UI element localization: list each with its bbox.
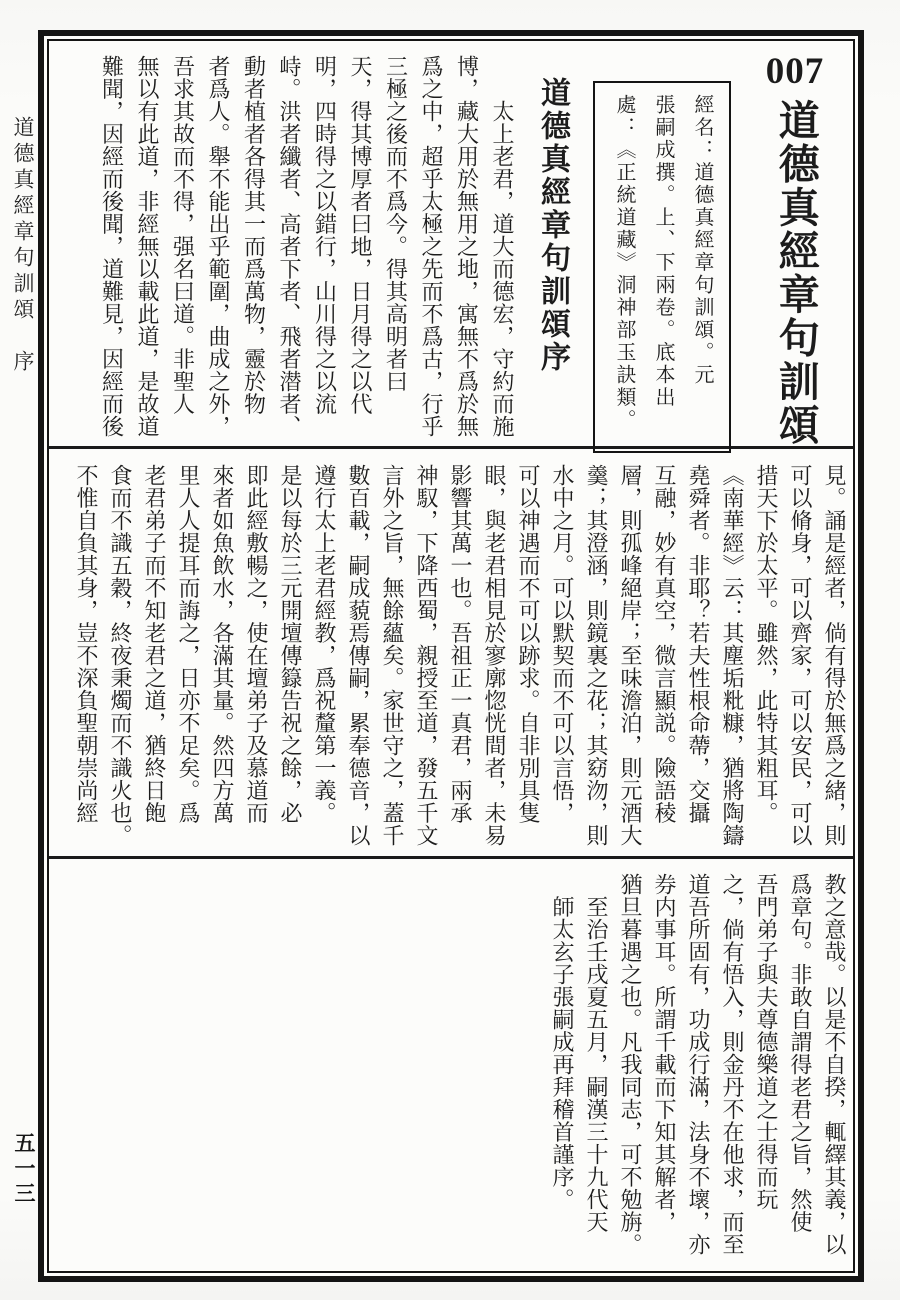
preface-section-2: 見。誦是經者，倘有得於無爲之緒，則可以脩身，可以齊家，可以安民，可以措天下於太平… xyxy=(55,464,851,853)
text-column: 無以有此道，非經無以載此道，是故道 xyxy=(129,55,165,444)
text-column: 老君弟子而不知老君之道，猶終日飽 xyxy=(137,464,171,853)
text-column: 券内事耳。所謂千載而下知其解者， xyxy=(647,873,681,1268)
text-column: 可以神遇而不可以跡求。自非別具隻 xyxy=(511,464,545,853)
colophon-column: 經名：道德真經章句訓頌。元 xyxy=(682,94,721,440)
register-bottom: 教之意哉。以是不自揆，輒繹其義，以爲章句。非敢自謂得老君之旨，然使吾門弟子與夫尊… xyxy=(49,859,853,1271)
text-column: 堯舜者。非耶？若夫性根命蔕，交攝 xyxy=(681,464,715,853)
colophon-box: 經名：道德真經章句訓頌。元張嗣成撰。上、下兩卷。底本出處：《正統道藏》洞神部玉訣… xyxy=(593,81,731,453)
text-column: 遵行太上老君經教，爲祝釐第一義。 xyxy=(307,464,341,853)
text-column: 神馭，下降西蜀，親授至道，發五千文 xyxy=(409,464,443,853)
text-column: 水中之月。可以默契而不可以言悟， xyxy=(545,464,579,853)
text-column: 教之意哉。以是不自揆，輒繹其義，以 xyxy=(817,873,851,1268)
text-column: 來者如魚飲水，各滿其量。然四方萬 xyxy=(205,464,239,853)
text-column: 影響其萬一也。吾祖正一真君，兩承 xyxy=(443,464,477,853)
colophon-column: 處：《正統道藏》洞神部玉訣類。 xyxy=(604,94,643,440)
text-column: 太上老君，道大而德宏，守約而施 xyxy=(484,55,520,444)
text-column: 之，倘有悟入，則金丹不在他求，而至 xyxy=(715,873,749,1268)
text-column: 者爲人。舉不能出乎範圍，曲成之外， xyxy=(200,55,236,444)
text-column: 天，得其博厚者曰地，日月得之以代 xyxy=(342,55,378,444)
text-column: 可以脩身，可以齊家，可以安民，可以 xyxy=(783,464,817,853)
text-column: 三極之後而不爲今。得其高明者曰 xyxy=(377,55,413,444)
text-column: 難聞，因經而後聞，道難見，因經而後 xyxy=(93,55,129,444)
text-column: 羹；其澄涵，則鏡裏之花；其窈沕，則 xyxy=(579,464,613,853)
scripture-title: 道德真經章句訓頌 xyxy=(773,99,816,447)
text-column: 互融，妙有真空，微言顯説。險語稜 xyxy=(647,464,681,853)
text-column: 猶旦暮遇之也。凡我同志，可不勉旃。 xyxy=(613,873,647,1268)
text-column: 師太玄子張嗣成再拜稽首謹序。 xyxy=(545,873,579,1268)
preface-heading: 道德真經章句訓頌序 xyxy=(527,55,577,444)
text-column: 爲之中，超乎太極之先而不爲古，行乎 xyxy=(413,55,449,444)
text-column: 明，四時得之以錯行，山川得之以流 xyxy=(306,55,342,444)
text-column: 動者植者各得其一而爲萬物，靈於物 xyxy=(235,55,271,444)
preface-section-1: 道德真經章句訓頌序 太上老君，道大而德宏，守約而施博，藏大用於無用之地，寓無不爲… xyxy=(55,55,577,444)
text-column: 至治壬戌夏五月，嗣漢三十九代天 xyxy=(579,873,613,1268)
text-column: 眼，與老君相見於寥廓惚恍間者，未易 xyxy=(477,464,511,853)
colophon-text: 經名：道德真經章句訓頌。元張嗣成撰。上、下兩卷。底本出處：《正統道藏》洞神部玉訣… xyxy=(603,94,721,440)
page-frame-inner: 007 道德真經章句訓頌 經名：道德真經章句訓頌。元張嗣成撰。上、下兩卷。底本出… xyxy=(47,39,855,1273)
text-column: 是以每於三元開壇傳籙告祝之餘，必 xyxy=(273,464,307,853)
text-column: 即此經敷暢之，使在壇弟子及慕道而 xyxy=(239,464,273,853)
text-column: 言外之旨，無餘蘊矣。家世守之，蓋千 xyxy=(375,464,409,853)
scanned-page: 道德真經章句訓頌 序 五一三 007 道德真經章句訓頌 經名：道德真經章句訓頌。… xyxy=(0,0,900,1300)
text-column: 《南華經》云：其塵垢粃糠，猶將陶鑄 xyxy=(715,464,749,853)
text-column: 爲章句。非敢自謂得老君之旨，然使 xyxy=(783,873,817,1268)
text-column: 道吾所固有，功成行滿，法身不壞，亦 xyxy=(681,873,715,1268)
folio-page-number: 五一三 xyxy=(9,1132,39,1207)
title-block: 007 道德真經章句訓頌 xyxy=(739,53,851,447)
text-column: 層，則孤峰絕岸；至味澹泊，則元酒大 xyxy=(613,464,647,853)
serial-number: 007 xyxy=(739,53,851,90)
page-frame: 007 道德真經章句訓頌 經名：道德真經章句訓頌。元張嗣成撰。上、下兩卷。底本出… xyxy=(38,30,864,1282)
text-column: 吾求其故而不得，强名曰道。非聖人 xyxy=(164,55,200,444)
text-column: 數百載，嗣成藐焉傳嗣，累奉德音，以 xyxy=(341,464,375,853)
text-column: 措天下於太平。雖然，此特其粗耳。 xyxy=(749,464,783,853)
text-column: 里人人提耳而誨之，日亦不足矣。爲 xyxy=(171,464,205,853)
register-middle: 見。誦是經者，倘有得於無爲之緒，則可以脩身，可以齊家，可以安民，可以措天下於太平… xyxy=(49,449,853,859)
text-column: 博，藏大用於無用之地，寓無不爲於無 xyxy=(448,55,484,444)
text-column: 食而不識五穀，終夜秉燭而不識火也。 xyxy=(103,464,137,853)
text-column: 見。誦是經者，倘有得於無爲之緒，則 xyxy=(817,464,851,853)
text-column: 峙。洪者纖者、高者下者、飛者潜者、 xyxy=(271,55,307,444)
register-top: 007 道德真經章句訓頌 經名：道德真經章句訓頌。元張嗣成撰。上、下兩卷。底本出… xyxy=(49,41,853,449)
preface-section-3: 教之意哉。以是不自揆，輒繹其義，以爲章句。非敢自謂得老君之旨，然使吾門弟子與夫尊… xyxy=(55,873,851,1268)
colophon-column: 張嗣成撰。上、下兩卷。底本出 xyxy=(643,94,682,440)
text-column: 吾門弟子與夫尊德樂道之士得而玩 xyxy=(749,873,783,1268)
margin-running-title: 道德真經章句訓頌 序 xyxy=(8,116,38,376)
text-column: 不惟自負其身，豈不深負聖朝崇尚經 xyxy=(69,464,103,853)
